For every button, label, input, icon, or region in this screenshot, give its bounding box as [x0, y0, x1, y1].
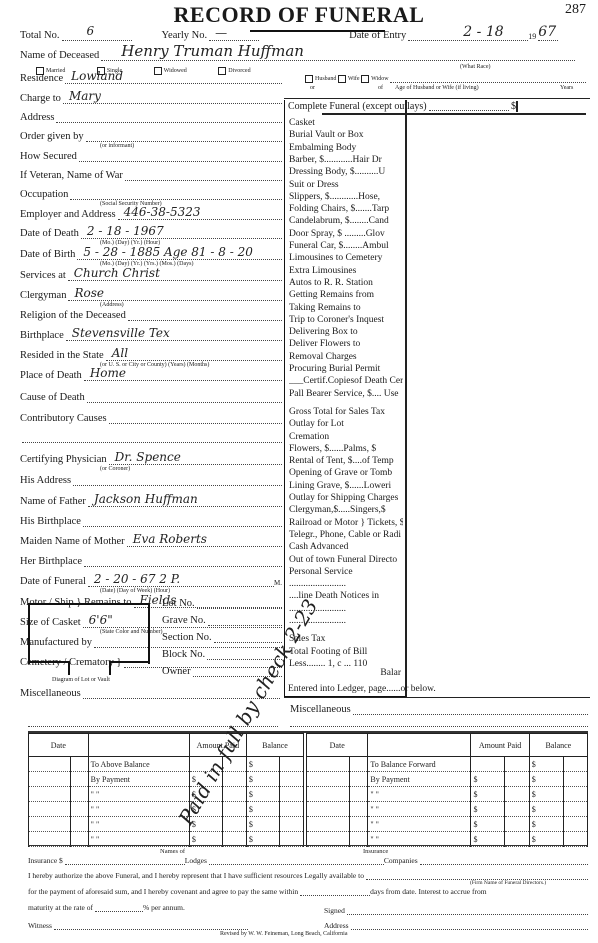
ledger-row: To Above Balance$: [29, 757, 304, 772]
ledger-date-cell[interactable]: [29, 802, 71, 817]
misc-right-label: Miscellaneous: [290, 704, 351, 715]
ledger-balance[interactable]: $: [246, 802, 279, 817]
address-field[interactable]: [351, 921, 588, 930]
page-number: 287: [565, 2, 586, 18]
firm-name-field[interactable]: [366, 871, 588, 880]
field-row: Name of FatherJackson Huffman: [20, 496, 282, 507]
field-value: All: [112, 346, 128, 360]
ledger-balance[interactable]: $: [529, 787, 563, 802]
field-row: Occupation: [20, 189, 282, 200]
field-row: Date of Birth5 - 28 - 1885 Age 81 - 8 - …: [20, 249, 282, 260]
charge-item[interactable]: Door Spray, $ .........Glov: [289, 229, 403, 239]
witness-row: Witness: [28, 921, 248, 930]
name-value: Henry Truman Huffman: [121, 42, 304, 60]
lot-field-input[interactable]: [208, 617, 282, 626]
lot-field-row: Section No.: [162, 632, 282, 643]
ledger-date-cell[interactable]: [307, 772, 350, 787]
field-value: Dr. Spence: [115, 450, 181, 464]
name-of-deceased-row: Name of Deceased Henry Truman Huffman: [20, 50, 575, 61]
ledger-header-desc: [368, 734, 471, 757]
field-input[interactable]: [84, 558, 282, 567]
name-field[interactable]: Henry Truman Huffman: [101, 52, 575, 61]
ledger-row: " "$$: [307, 817, 588, 832]
ledger-row: " "$$: [29, 817, 304, 832]
field-label: Certifying Physician: [20, 454, 107, 465]
witness-label: Witness: [28, 921, 52, 930]
field-input[interactable]: [22, 434, 282, 443]
ledger-desc: By Payment: [88, 772, 189, 787]
ledger-row: " "$$: [307, 787, 588, 802]
field-row: BirthplaceStevensville Tex: [20, 330, 282, 341]
field-row: Her Birthplace: [20, 556, 282, 567]
charge-item[interactable]: Railroad or Motor } Tickets, $: [289, 518, 403, 528]
field-input[interactable]: Home: [84, 372, 282, 381]
lot-field-label: Lot No.: [162, 598, 195, 609]
ledger-desc: To Above Balance: [88, 757, 189, 772]
field-input[interactable]: Eva Roberts: [127, 538, 282, 547]
charge-item[interactable]: Clergyman,$.....Singers,$: [289, 505, 403, 515]
field-label: Date of Death: [20, 228, 79, 239]
charge-item[interactable]: ........................: [289, 579, 403, 589]
field-label: Order given by: [20, 131, 84, 142]
insurance-label: Insurance $: [28, 856, 63, 865]
field-input[interactable]: Rose: [68, 292, 282, 301]
field-input[interactable]: [56, 114, 282, 123]
ledger-desc: " ": [368, 817, 471, 832]
ledger-date-cell[interactable]: [29, 787, 71, 802]
field-row: Order given by: [20, 131, 282, 142]
charges-top-rule: [284, 98, 590, 99]
field-row: His Address: [20, 475, 282, 486]
wife-checkbox[interactable]: Wife: [338, 76, 360, 82]
maturity-text: maturity at the rate of: [28, 903, 93, 912]
field-row: Charge toMary: [20, 93, 282, 104]
year-field[interactable]: 67: [538, 32, 558, 41]
ledger-header-amount: Amount Paid: [471, 734, 529, 757]
firm-note: (Firm Name of Funeral Directors.): [470, 880, 546, 886]
rate-field[interactable]: [95, 903, 143, 912]
insurance-row: Insurance $ Lodges Companies: [28, 856, 588, 865]
field-input[interactable]: [70, 191, 282, 200]
ledger-row: " "$$: [29, 787, 304, 802]
ledger-desc: " ": [368, 787, 471, 802]
field-row: Religion of the Deceased: [20, 310, 282, 321]
charge-item[interactable]: Lining Grave, $......Loweri: [289, 481, 403, 491]
field-label: Charge to: [20, 93, 61, 104]
ledger-balance[interactable]: $: [529, 817, 563, 832]
field-input[interactable]: [83, 518, 282, 527]
charge-item[interactable]: Candelabrum, $........Cand: [289, 216, 403, 226]
lot-field-label: Section No.: [162, 632, 212, 643]
field-note: (Address): [100, 302, 124, 308]
lot-field-label: Block No.: [162, 649, 205, 660]
charge-item[interactable]: Outlay for Lot: [289, 419, 403, 429]
ledger-balance[interactable]: $: [246, 757, 279, 772]
charge-item[interactable]: Casket: [289, 118, 403, 128]
charge-item[interactable]: Out of town Funeral Directo: [289, 555, 403, 565]
misc-left-row: Miscellaneous: [20, 688, 280, 699]
field-label: Date of Funeral: [20, 576, 86, 587]
companies-field[interactable]: [420, 856, 588, 865]
ledger-date-cell[interactable]: [307, 787, 350, 802]
name-label: Name of Deceased: [20, 50, 99, 61]
relation-or: or: [310, 85, 315, 91]
field-value: Church Christ: [74, 266, 160, 280]
witness-field[interactable]: [54, 921, 248, 930]
year-value: 67: [538, 24, 556, 40]
charge-item[interactable]: Extra Limousines: [289, 266, 403, 276]
field-input[interactable]: Stevensville Tex: [66, 332, 282, 341]
field-suffix: M.: [274, 579, 282, 587]
charge-item[interactable]: Taking Remains to: [289, 303, 403, 313]
charge-item[interactable]: Folding Chairs, $.......Tarp: [289, 204, 403, 214]
ledger-header-balance: Balance: [246, 734, 303, 757]
signed-row: Signed: [324, 906, 588, 915]
misc-right-field[interactable]: [353, 706, 588, 715]
field-value: 2 - 18 - 1967: [87, 224, 164, 238]
field-row: Date of Death2 - 18 - 1967: [20, 228, 282, 239]
years-label: Years: [560, 85, 573, 91]
lodges-label: Lodges: [185, 856, 207, 865]
field-row: If Veteran, Name of War: [20, 170, 282, 181]
field-label: Clergyman: [20, 290, 66, 301]
charge-item[interactable]: Telegr., Phone, Cable or Radi: [289, 530, 403, 540]
signed-label: Signed: [324, 906, 345, 915]
charge-item[interactable]: Autos to R. R. Station: [289, 278, 403, 288]
charge-item[interactable]: Trip to Coroner's Inquest: [289, 315, 403, 325]
yearly-no-field[interactable]: —: [209, 32, 259, 41]
field-value: Eva Roberts: [133, 532, 207, 546]
lot-field-input[interactable]: [214, 634, 282, 643]
companies-label-top: Insurance: [363, 848, 388, 855]
field-row: [20, 434, 282, 443]
lot-field-label: Grave No.: [162, 615, 206, 626]
field-input[interactable]: 2 - 20 - 67 2 P.: [88, 578, 274, 587]
charge-item[interactable]: Removal Charges: [289, 352, 403, 362]
age-spouse-field[interactable]: [390, 82, 586, 83]
charge-item[interactable]: Delivering Box to: [289, 327, 403, 337]
field-label: Resided in the State: [20, 350, 104, 361]
charge-item[interactable]: ___Certif.Copiesof Death Cert: [289, 376, 403, 386]
ledger-balance[interactable]: $: [246, 817, 279, 832]
ledger-left: DateAmount PaidBalanceTo Above Balance$B…: [28, 733, 304, 847]
date-of-entry-label: Date of Entry: [349, 30, 406, 41]
field-input[interactable]: Jackson Huffman: [88, 498, 282, 507]
charge-item[interactable]: Embalming Body: [289, 143, 403, 153]
signed-field[interactable]: [347, 906, 588, 915]
field-input[interactable]: Church Christ: [68, 272, 282, 281]
field-row: Date of Funeral2 - 20 - 67 2 P.M.: [20, 576, 282, 587]
authorize-row: I hereby authorize the above Funeral, an…: [28, 871, 588, 880]
field-input[interactable]: 5 - 28 - 1885 Age 81 - 8 - 20: [77, 251, 282, 260]
field-input[interactable]: 446-38-5323: [118, 211, 282, 220]
field-input[interactable]: 2 - 18 - 1967: [81, 230, 282, 239]
charge-item[interactable]: Suit or Dress: [289, 180, 403, 190]
field-label: Her Birthplace: [20, 556, 82, 567]
date-of-entry-value: 2 - 18: [463, 24, 503, 40]
total-no-field[interactable]: 6: [62, 32, 132, 41]
address-row: Address: [324, 921, 588, 930]
percent-text: % per annum.: [143, 903, 185, 912]
ledger-balance[interactable]: $: [529, 757, 563, 772]
yearly-no-label: Yearly No.: [162, 30, 208, 41]
ledger-balance[interactable]: $: [246, 787, 279, 802]
field-value: 2 - 20 - 67 2 P.: [94, 572, 180, 586]
what-race-label: (What Race): [460, 64, 490, 70]
lot-diagram: [28, 603, 150, 664]
field-note: (or Coroner): [100, 466, 130, 472]
field-label: Religion of the Deceased: [20, 310, 126, 321]
field-label: Date of Birth: [20, 249, 75, 260]
ledger-desc: " ": [368, 802, 471, 817]
lodges-field[interactable]: [209, 856, 384, 865]
field-input[interactable]: Dr. Spence: [109, 456, 282, 465]
field-input[interactable]: Mary: [63, 95, 282, 104]
ledger-date-cell[interactable]: [307, 802, 350, 817]
ledger-header-date: Date: [307, 734, 368, 757]
revised-text: Revised by W. W. Feineman, Long Beach, C…: [220, 931, 347, 937]
field-row: Certifying PhysicianDr. Spence: [20, 454, 282, 465]
husband-checkbox[interactable]: Husband: [305, 76, 336, 82]
ledger-right: DateAmount PaidBalanceTo Balance Forward…: [306, 733, 588, 847]
field-input[interactable]: [128, 312, 282, 321]
field-label: Employer and Address: [20, 209, 116, 220]
field-input[interactable]: [125, 172, 282, 181]
balance-label: Balar: [289, 668, 401, 678]
field-input[interactable]: [73, 477, 282, 486]
ledger-header-desc: [88, 734, 189, 757]
charge-item[interactable]: Limousines to Cemetery: [289, 253, 403, 263]
field-row: Services atChurch Christ: [20, 270, 282, 281]
lot-field-input[interactable]: [197, 600, 282, 609]
charge-item[interactable]: Pall Bearer Service, $.... Use: [289, 389, 403, 399]
ledger-desc: To Balance Forward: [368, 757, 471, 772]
field-row: ResidenceLowland: [20, 73, 282, 84]
field-input[interactable]: All: [106, 352, 282, 361]
ledger-amount[interactable]: $: [471, 802, 505, 817]
charge-item[interactable]: Gross Total for Sales Tax: [289, 407, 403, 417]
field-label: Birthplace: [20, 330, 64, 341]
field-value: Jackson Huffman: [94, 492, 198, 506]
field-row: How Secured: [20, 151, 282, 162]
ledger-amount[interactable]: $: [471, 817, 505, 832]
field-input[interactable]: [79, 153, 282, 162]
field-row: Maiden Name of MotherEva Roberts: [20, 536, 282, 547]
ledger-header-date: Date: [29, 734, 89, 757]
field-input[interactable]: [86, 133, 282, 142]
yearly-no-value: —: [215, 26, 227, 40]
ledger-row: By Payment$$: [307, 772, 588, 787]
ledger-row: To Balance Forward$: [307, 757, 588, 772]
field-label: Address: [20, 112, 54, 123]
payment-text: for the payment of aforesaid sum, and I …: [28, 887, 298, 896]
charge-item[interactable]: Procuring Burial Permit: [289, 364, 403, 374]
field-row: Employer and Address446-38-5323: [20, 209, 282, 220]
field-row: Address: [20, 112, 282, 123]
field-label: Services at: [20, 270, 66, 281]
field-value: 446-38-5323: [124, 205, 201, 219]
ledger-amount[interactable]: [471, 757, 505, 772]
charge-item[interactable]: Sales Tax: [289, 634, 403, 644]
field-value: 5 - 28 - 1885 Age 81 - 8 - 20: [83, 245, 252, 259]
relation-group: Husband Wife Widow: [305, 75, 389, 83]
field-value: Home: [90, 366, 126, 380]
charge-item[interactable]: Cash Advanced: [289, 542, 403, 552]
date-of-entry-field[interactable]: 2 - 18: [408, 32, 528, 41]
insurance-field[interactable]: [65, 856, 185, 865]
days-field[interactable]: [300, 887, 370, 896]
field-label: Place of Death: [20, 370, 82, 381]
year-prefix: 19: [528, 32, 536, 41]
lot-field-label: Owner: [162, 666, 191, 677]
ledger-row: By Payment$$: [29, 772, 304, 787]
charge-item[interactable]: Burial Vault or Box: [289, 130, 403, 140]
field-input[interactable]: [87, 394, 282, 403]
field-value: Lowland: [71, 69, 123, 83]
header-row-numbers: Total No. 6 Yearly No. — Date of Entry 2…: [20, 30, 580, 41]
ledger-amount[interactable]: $: [471, 772, 505, 787]
authorize-text: I hereby authorize the above Funeral, an…: [28, 871, 364, 880]
field-row: Contributory Causes: [20, 413, 282, 424]
ledger-amount[interactable]: $: [471, 787, 505, 802]
ledger-desc: By Payment: [368, 772, 471, 787]
widow-checkbox[interactable]: Widow: [361, 76, 388, 82]
field-row: Resided in the StateAll: [20, 350, 282, 361]
field-input[interactable]: [109, 415, 282, 424]
days-text: days from date. Interest to accrue from: [370, 887, 486, 896]
field-row: ClergymanRose: [20, 290, 282, 301]
companies-label: Companies: [384, 856, 418, 865]
field-value: Mary: [69, 89, 101, 103]
field-row: Cause of Death: [20, 392, 282, 403]
ledger-entry-label: Entered into Ledger, page......or below.: [288, 684, 436, 694]
field-label: Occupation: [20, 189, 68, 200]
total-no-value: 6: [87, 24, 95, 38]
ledger-balance[interactable]: $: [246, 772, 279, 787]
ledger-date-cell[interactable]: [29, 757, 71, 772]
ledger-header-balance: Balance: [529, 734, 587, 757]
field-row: Place of DeathHome: [20, 370, 282, 381]
misc-left-label: Miscellaneous: [20, 688, 81, 699]
age-spouse-label: Age of Husband or Wife (if living): [395, 85, 479, 91]
payment-row: for the payment of aforesaid sum, and I …: [28, 887, 588, 896]
lodges-label-top: Names of: [160, 848, 185, 855]
charge-item[interactable]: Deliver Flowers to: [289, 339, 403, 349]
charge-item[interactable]: Dressing Body, $..........U: [289, 167, 403, 177]
charge-item[interactable]: Cremation: [289, 432, 403, 442]
ledger-balance[interactable]: $: [529, 772, 563, 787]
field-label: His Address: [20, 475, 71, 486]
charge-item[interactable]: Slippers, $............Hose,: [289, 192, 403, 202]
relation-of: of: [378, 85, 383, 91]
ledger-date-cell[interactable]: [29, 772, 71, 787]
ledger-desc: " ": [88, 817, 189, 832]
field-label: If Veteran, Name of War: [20, 170, 123, 181]
diagram-caption: Diagram of Lot or Vault: [52, 677, 110, 683]
ledger-desc: " ": [88, 787, 189, 802]
field-input[interactable]: Lowland: [65, 75, 282, 84]
lot-field-row: Grave No.: [162, 615, 282, 626]
charge-item[interactable]: Total Footing of Bill: [289, 647, 403, 657]
lot-field-row: Lot No.: [162, 598, 282, 609]
charge-item[interactable]: Barber, $............Hair Dr: [289, 155, 403, 165]
charge-item[interactable]: Funeral Car, $........Ambul: [289, 241, 403, 251]
charge-item[interactable]: Getting Remains from: [289, 290, 403, 300]
field-label: Maiden Name of Mother: [20, 536, 125, 547]
total-no-label: Total No.: [20, 30, 60, 41]
field-label: Contributory Causes: [20, 413, 107, 424]
ledger-balance[interactable]: $: [529, 802, 563, 817]
field-note: (or informant): [100, 143, 134, 149]
field-label: Cause of Death: [20, 392, 85, 403]
ledger-date-cell[interactable]: [307, 757, 350, 772]
field-label: Residence: [20, 73, 63, 84]
field-value: Stevensville Tex: [72, 326, 170, 340]
maturity-row: maturity at the rate of % per annum.: [28, 903, 228, 912]
charge-item[interactable]: Personal Service: [289, 567, 403, 577]
field-row: His Birthplace: [20, 516, 282, 527]
field-value: Rose: [74, 286, 104, 300]
field-label: His Birthplace: [20, 516, 81, 527]
charge-item[interactable]: Opening of Grave or Tomb: [289, 468, 403, 478]
misc-right-row: Miscellaneous: [290, 704, 588, 715]
ledger-date-cell[interactable]: [29, 817, 71, 832]
ledger-date-cell[interactable]: [307, 817, 350, 832]
address-label: Address: [324, 921, 349, 930]
ledger-row: " "$$: [307, 802, 588, 817]
charge-item[interactable]: Rental of Tent, $....of Temp: [289, 456, 403, 466]
charge-item[interactable]: Flowers, $......Palms, $: [289, 444, 403, 454]
field-label: How Secured: [20, 151, 77, 162]
ledger-row: " "$$: [29, 802, 304, 817]
charge-item[interactable]: Outlay for Shipping Charges: [289, 493, 403, 503]
field-label: Name of Father: [20, 496, 86, 507]
